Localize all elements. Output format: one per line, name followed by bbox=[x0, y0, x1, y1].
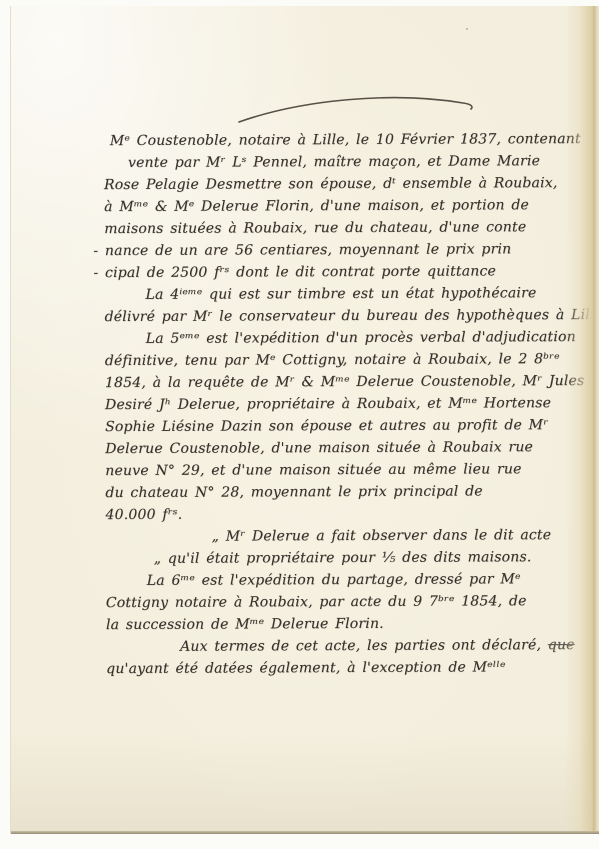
scanned-page: Mᵉ Coustenoble, notaire à Lille, le 10 F… bbox=[0, 0, 599, 849]
manuscript-line: Delerue Coustenoble, d'une maison située… bbox=[105, 436, 599, 460]
manuscript-line: la succession de Mᵐᵉ Delerue Florin. bbox=[106, 612, 599, 636]
manuscript-page: Mᵉ Coustenoble, notaire à Lille, le 10 F… bbox=[10, 6, 599, 834]
manuscript-text: Mᵉ Coustenoble, notaire à Lille, le 10 F… bbox=[104, 128, 599, 680]
manuscript-line: Sophie Liésine Dazin son épouse et autre… bbox=[105, 414, 599, 438]
manuscript-line: „ Mʳ Delerue a fait observer dans le dit… bbox=[212, 524, 599, 548]
manuscript-line: Aux termes de cet acte, les parties ont … bbox=[180, 634, 599, 658]
manuscript-line: Cottigny notaire à Roubaix, par acte du … bbox=[106, 590, 599, 614]
manuscript-line: Desiré Jʰ Delerue, propriétaire à Roubai… bbox=[105, 392, 599, 416]
manuscript-line: délivré par Mʳ le conservateur du bureau… bbox=[105, 304, 599, 328]
manuscript-line: - nance de un are 56 centiares, moyennan… bbox=[93, 238, 599, 262]
manuscript-line: La 6ᵐᵉ est l'expédition du partage, dres… bbox=[147, 568, 599, 592]
manuscript-line: maisons situées à Roubaix, rue du chatea… bbox=[104, 216, 599, 240]
manuscript-line: La 4ⁱᵉᵐᵉ qui est sur timbre est un état … bbox=[145, 282, 599, 306]
manuscript-line: définitive, tenu par Mᵉ Cottigny, notair… bbox=[105, 348, 599, 372]
manuscript-line: qu'ayant été datées également, à l'excep… bbox=[106, 656, 599, 680]
manuscript-line: Rose Pelagie Desmettre son épouse, dᵗ en… bbox=[104, 172, 599, 196]
manuscript-line: Mᵉ Coustenoble, notaire à Lille, le 10 F… bbox=[110, 128, 599, 152]
manuscript-line: 40.000 fʳˢ. bbox=[105, 502, 599, 526]
manuscript-line: vente par Mʳ Lˢ Pennel, maître maçon, et… bbox=[128, 150, 599, 174]
page-bottom-edge bbox=[11, 831, 599, 834]
manuscript-line: à Mᵐᵉ & Mᵉ Delerue Florin, d'une maison,… bbox=[104, 194, 599, 218]
ink-speck bbox=[466, 28, 468, 30]
manuscript-line: La 5ᵉᵐᵉ est l'expédition d'un procès ver… bbox=[146, 326, 599, 350]
manuscript-line: „ qu'il était propriétaire pour ⅕ des di… bbox=[154, 546, 599, 570]
page-right-edge-shading bbox=[564, 6, 599, 834]
manuscript-line: - cipal de 2500 fʳˢ dont le dit contrat … bbox=[93, 260, 599, 284]
manuscript-line: du chateau N° 28, moyennant le prix prin… bbox=[105, 480, 599, 504]
manuscript-line: 1854, à la requête de Mʳ & Mᵐᵉ Delerue C… bbox=[105, 370, 599, 394]
manuscript-line: neuve N° 29, et d'une maison située au m… bbox=[105, 458, 599, 482]
